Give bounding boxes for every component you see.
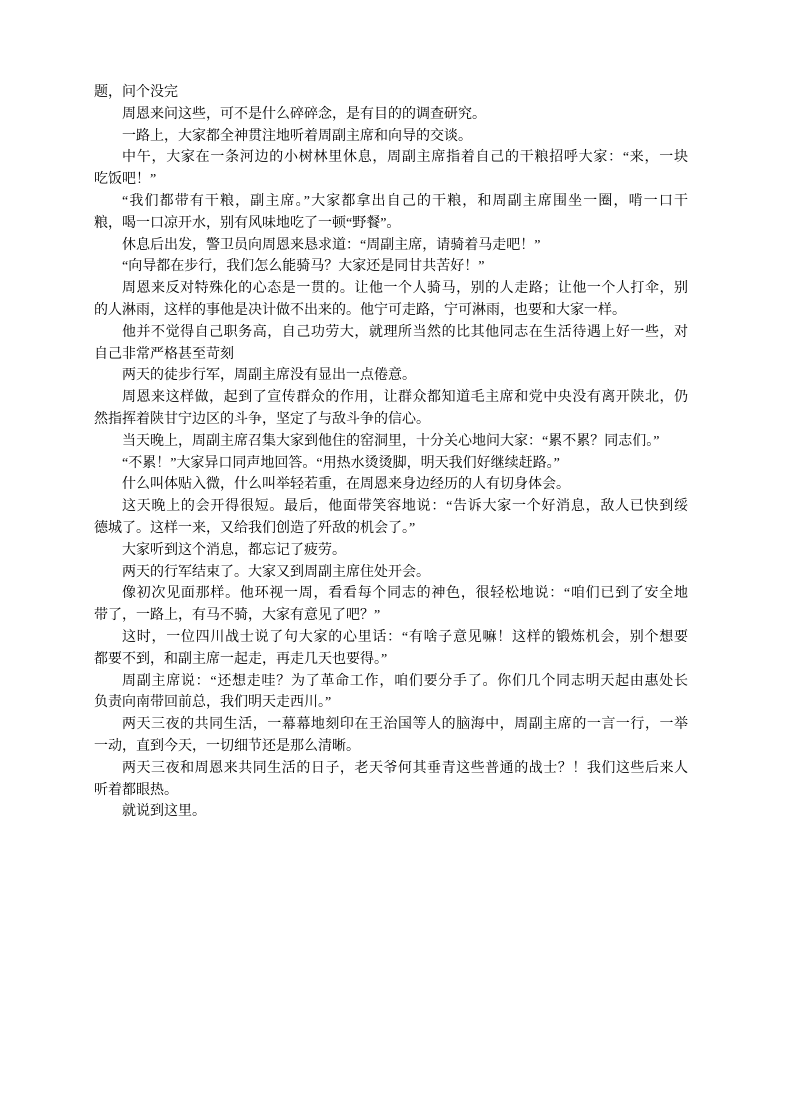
text-line: 带了，一路上，有马不骑，大家有意见了吧？” <box>94 605 688 627</box>
text-line: 休息后出发，警卫员向周恩来恳求道：“周副主席，请骑着马走吧！” <box>94 235 688 257</box>
text-line: 两天的徒步行军，周副主席没有显出一点倦意。 <box>94 365 688 387</box>
text-line: “向导都在步行，我们怎么能骑马？大家还是同甘共苦好！” <box>94 256 688 278</box>
text-line: 当天晚上，周副主席召集大家到他住的窑洞里，十分关心地问大家：“累不累？同志们。” <box>94 431 688 453</box>
text-line: 题，问个没完 <box>94 82 688 104</box>
text-line: 都要不到，和副主席一起走，再走几天也要得。” <box>94 649 688 671</box>
text-line: 德城了。这样一来，又给我们创造了歼敌的机会了。” <box>94 518 688 540</box>
text-line: 这时，一位四川战士说了句大家的心里话：“有啥子意见嘛！这样的锻炼机会，别个想要 <box>94 627 688 649</box>
document-page: 题，问个没完周恩来问这些，可不是什么碎碎念，是有目的的调查研究。一路上，大家都全… <box>0 0 800 1100</box>
text-line: 就说到这里。 <box>94 801 688 823</box>
text-line: 他并不觉得自己职务高，自己功劳大，就理所当然的比其他同志在生活待遇上好一些，对 <box>94 322 688 344</box>
text-line: 周恩来问这些，可不是什么碎碎念，是有目的的调查研究。 <box>94 104 688 126</box>
text-line: 像初次见面那样。他环视一周，看看每个同志的神色，很轻松地说：“咱们已到了安全地 <box>94 583 688 605</box>
text-line: 吃饭吧！” <box>94 169 688 191</box>
text-line: 周恩来这样做，起到了宣传群众的作用，让群众都知道毛主席和党中央没有离开陕北，仍 <box>94 387 688 409</box>
text-line: 这天晚上的会开得很短。最后，他面带笑容地说：“告诉大家一个好消息，敌人已快到绥 <box>94 496 688 518</box>
text-line: 粮，喝一口凉开水，别有风味地吃了一顿“野餐”。 <box>94 213 688 235</box>
text-line: 一动，直到今天，一切细节还是那么清晰。 <box>94 736 688 758</box>
text-line: 负责向南带回前总，我们明天走西川。” <box>94 692 688 714</box>
text-block: 题，问个没完周恩来问这些，可不是什么碎碎念，是有目的的调查研究。一路上，大家都全… <box>94 82 688 823</box>
text-line: 的人淋雨，这样的事他是决计做不出来的。他宁可走路，宁可淋雨，也要和大家一样。 <box>94 300 688 322</box>
text-line: 周恩来反对特殊化的心态是一贯的。让他一个人骑马，别的人走路；让他一个人打伞，别 <box>94 278 688 300</box>
text-line: 两天的行军结束了。大家又到周副主席住处开会。 <box>94 562 688 584</box>
text-line: 一路上，大家都全神贯注地听着周副主席和向导的交谈。 <box>94 126 688 148</box>
text-line: 中午，大家在一条河边的小树林里休息，周副主席指着自己的干粮招呼大家：“来，一块 <box>94 147 688 169</box>
text-line: 两天三夜和周恩来共同生活的日子，老天爷何其垂青这些普通的战士？！我们这些后来人 <box>94 758 688 780</box>
text-line: 自己非常严格甚至苛刻 <box>94 344 688 366</box>
text-line: 然指挥着陕甘宁边区的斗争，坚定了与敌斗争的信心。 <box>94 409 688 431</box>
text-line: “我们都带有干粮，副主席。”大家都拿出自己的干粮，和周副主席围坐一圈，啃一口干 <box>94 191 688 213</box>
text-line: 什么叫体贴入微，什么叫举轻若重，在周恩来身边经历的人有切身体会。 <box>94 474 688 496</box>
text-line: 大家听到这个消息，都忘记了疲劳。 <box>94 540 688 562</box>
text-line: 两天三夜的共同生活，一幕幕地刻印在王治国等人的脑海中，周副主席的一言一行，一举 <box>94 714 688 736</box>
text-line: 周副主席说：“还想走哇？为了革命工作，咱们要分手了。你们几个同志明天起由惠处长 <box>94 671 688 693</box>
text-line: “不累！”大家异口同声地回答。“用热水烫烫脚，明天我们好继续赶路。” <box>94 453 688 475</box>
text-line: 听着都眼热。 <box>94 780 688 802</box>
